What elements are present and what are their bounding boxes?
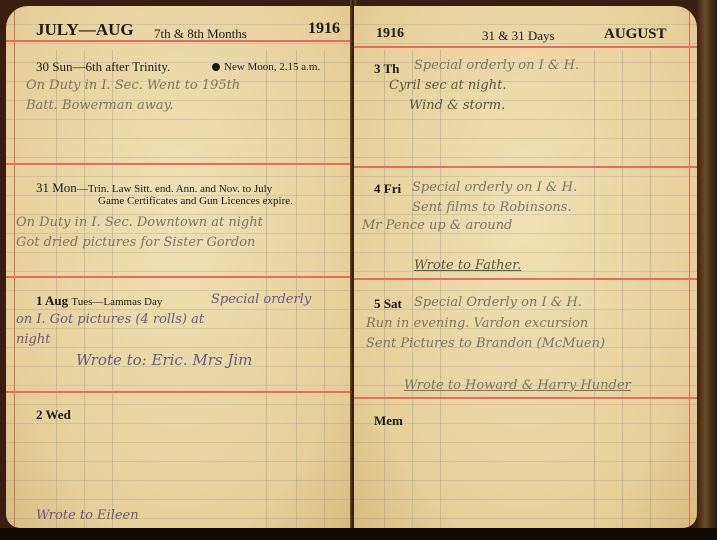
note-line: Special orderly on I & H. [412,178,577,198]
new-moon-icon [212,63,220,71]
handwritten-notes: On Duty in I. Sec. Downtown at night Got… [16,213,263,253]
handwritten-notes: Special orderly [211,290,311,310]
note-line: Cyril sec at night. [389,76,506,96]
month-subtitle: 7th & 8th Months [154,26,247,42]
handwritten-notes: Special orderly on I & H. Sent films to … [412,178,577,218]
day-heading: —Trin. Law Sitt. end. Ann. and Nov. to J… [77,183,272,195]
memo-section: Mem [374,413,403,429]
grid-line [266,50,267,528]
day-entry-31-mon: 31 Mon—Trin. Law Sitt. end. Ann. and Nov… [36,180,272,196]
day-date: 3 Th [374,61,399,76]
memo-label: Mem [374,413,403,428]
day-heading: —6th after Trinity. [72,59,170,74]
note-line: Sent films to Robinsons. [412,198,577,218]
handwritten-notes: Cyril sec at night. Wind & storm. [389,76,506,116]
red-margin-line [689,6,690,528]
note-line: Wind & storm. [389,96,506,116]
day-entry-5-sat: 5 Sat [374,296,402,312]
day-entry-2-wed: 2 Wed [36,407,71,423]
note-line: Wrote to Father. [414,256,521,276]
moon-note-text: New Moon, 2.15 a.m. [224,61,320,73]
book-cover-edge [697,0,717,540]
day-entry-4-fri: 4 Fri [374,181,401,197]
note-line: Special orderly [211,290,311,310]
note-line: Wrote to Howard & Harry Hunder [404,376,631,396]
day-date: 1 Aug [36,293,68,308]
year-label: 1916 [376,26,404,42]
grid-line [112,50,113,528]
note-line: On Duty in I. Sec. Downtown at night [16,213,263,233]
grid-line [594,50,595,528]
day-date: 30 Sun [36,59,72,74]
day-entry-3-th: 3 Th [374,61,399,77]
section-rule [6,391,352,393]
moon-note: New Moon, 2.15 a.m. [212,61,320,73]
header-rule [354,46,697,48]
note-line: Got dried pictures for Sister Gordon [16,233,263,253]
diary-spread: JULY—AUG 7th & 8th Months 1916 30 Sun—6t… [0,0,717,540]
year-label: 1916 [308,20,340,38]
day-entry-30-sun: 30 Sun—6th after Trinity. [36,59,170,75]
note-line: Batt. Bowerman away. [26,96,240,116]
grid-line [384,50,385,528]
section-rule [6,163,352,165]
day-date: 2 Wed [36,407,71,422]
grid-line [324,50,325,528]
grid-line [650,50,651,528]
day-entry-1-aug: 1 Aug Tues—Lammas Day [36,293,162,309]
handwritten-notes: Wrote to: Eric. Mrs Jim [76,350,252,370]
grid-line [622,50,623,528]
handwritten-notes: On Duty in I. Sec. Went to 195th Batt. B… [26,76,240,116]
note-line: Mr Pence up & around [362,216,512,236]
grid-line [440,50,441,528]
day-date: 31 Mon [36,180,77,195]
note-line: Sent Pictures to Brandon (McMuen) [366,334,605,354]
grid-line [84,50,85,528]
month-title: AUGUST [604,26,667,43]
handwritten-notes: Mr Pence up & around [362,216,512,236]
note-line: night [16,330,204,350]
handwritten-notes: Wrote to Eileen [36,506,139,526]
note-line: Special Orderly on I & H. [414,293,582,313]
note-line: Wrote to: Eric. Mrs Jim [76,350,252,370]
month-title: JULY—AUG [36,20,134,40]
day-heading: Tues—Lammas Day [71,296,162,308]
section-rule [354,166,697,168]
note-line: Run in evening. Vardon excursion [366,314,605,334]
handwritten-notes: Run in evening. Vardon excursion Sent Pi… [366,314,605,354]
section-rule [354,397,697,399]
handwritten-notes: Wrote to Father. [414,256,521,276]
red-margin-line [14,6,15,528]
note-line: Wrote to Eileen [36,506,139,526]
note-line: on I. Got pictures (4 rolls) at [16,310,204,330]
handwritten-notes: Special orderly on I & H. [414,56,579,76]
handwritten-notes: Wrote to Howard & Harry Hunder [404,376,631,396]
handwritten-notes: on I. Got pictures (4 rolls) at night [16,310,204,350]
day-heading-line2: Game Certificates and Gun Licences expir… [98,195,293,207]
handwritten-notes: Special Orderly on I & H. [414,293,582,313]
grid-line [56,50,57,528]
grid-line [296,50,297,528]
day-date: 4 Fri [374,181,401,196]
right-page: 1916 31 & 31 Days AUGUST 3 Th Special or… [354,6,697,528]
note-line: Special orderly on I & H. [414,56,579,76]
book-bottom-edge [0,528,717,540]
day-date: 5 Sat [374,296,402,311]
section-rule [354,278,697,280]
grid-line [412,50,413,528]
left-page: JULY—AUG 7th & 8th Months 1916 30 Sun—6t… [6,6,352,528]
note-line: On Duty in I. Sec. Went to 195th [26,76,240,96]
section-rule [6,276,352,278]
month-subtitle: 31 & 31 Days [482,28,555,44]
